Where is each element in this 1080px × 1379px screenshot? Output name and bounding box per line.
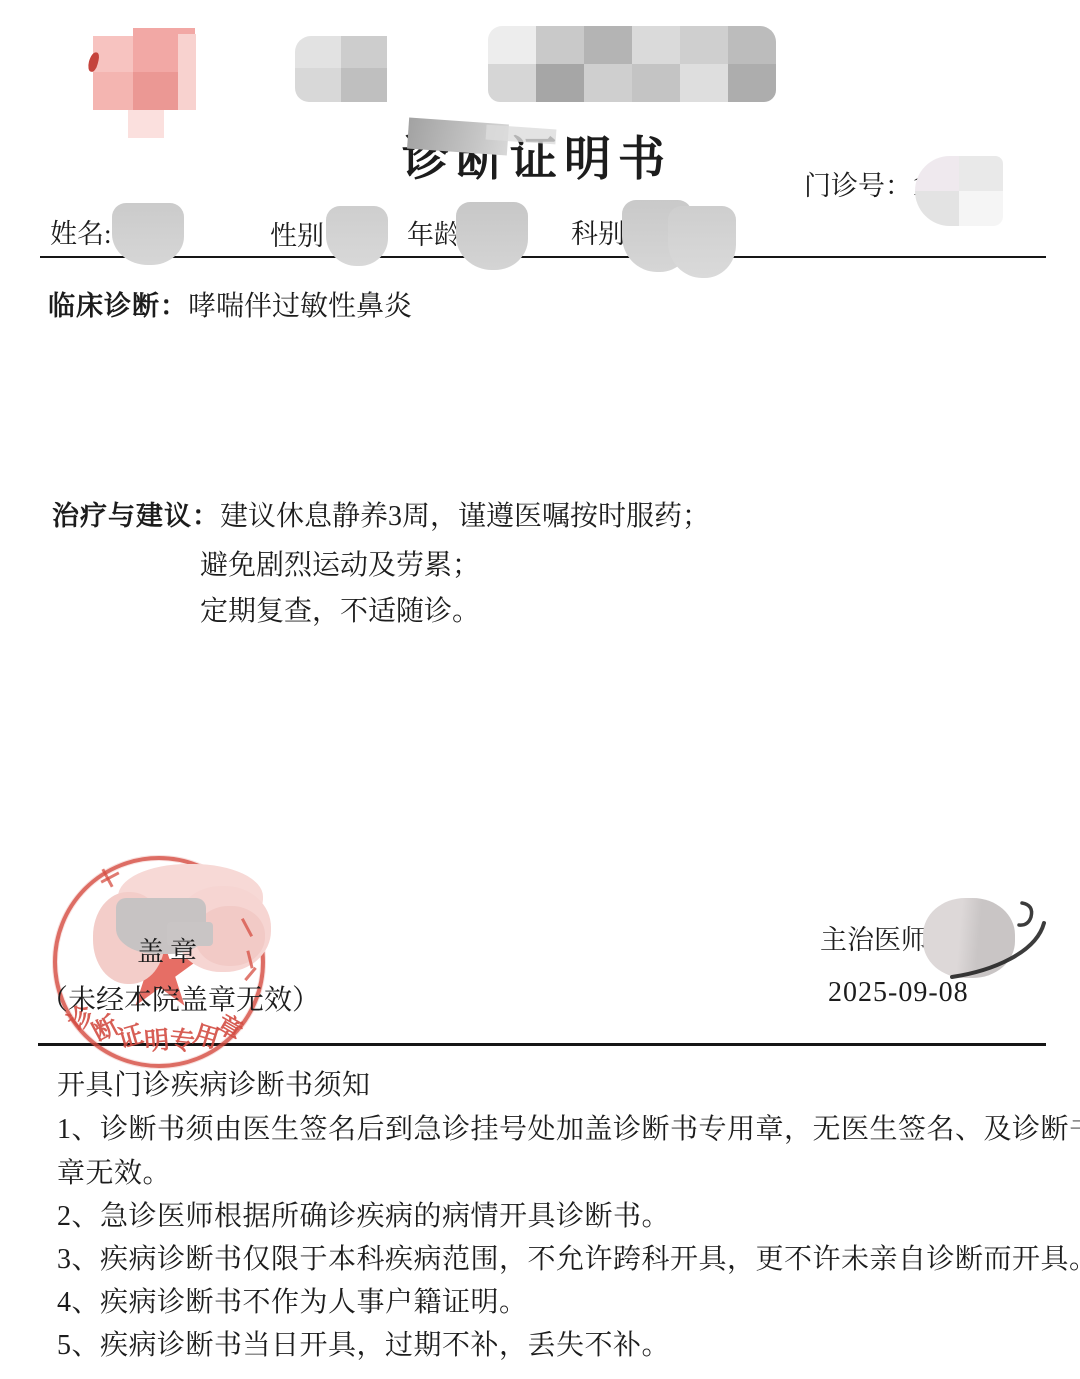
notice-item: 4、疾病诊断书不作为人事户籍证明。 [57,1280,528,1320]
redaction-pixel [341,36,387,68]
dept-label: 科别 [571,212,625,251]
redaction-pixel [584,26,632,64]
redaction-pixel [536,64,584,102]
name-label: 姓名: [50,212,112,251]
clinical-diagnosis-row: 临床诊断：哮喘伴过敏性鼻炎 [48,284,412,324]
redaction-pixel [488,64,536,102]
header-rule [40,256,1046,258]
redaction-pixel [728,26,776,64]
seal-invalid-note: （未经本院盖章无效） [40,978,320,1018]
clinical-diagnosis-label: 临床诊断： [48,291,188,321]
redaction-pixel [536,26,584,64]
notice-item: 5、疾病诊断书当日开具，过期不补，丢失不补。 [57,1323,670,1363]
gender-redaction [326,206,388,266]
dept-redaction [668,206,736,278]
name-redaction [112,203,184,265]
outpatient-number-redaction [915,156,1003,226]
treatment-row: 治疗与建议：建议休息静养3周，谨遵医嘱按时服药； [52,494,710,534]
redaction-pixel [680,26,728,64]
age-label: 年龄 [407,213,461,252]
redaction-pixel [584,64,632,102]
logo-pixel [93,72,133,110]
gender-label: 性别 [270,214,324,253]
stamp-here-text: 盖章 [137,930,203,969]
redaction-pixel [488,26,536,64]
treatment-line-2: 避免剧烈运动及劳累； [200,543,480,583]
redaction-pixel [295,36,341,68]
treatment-line-3: 定期复查，不适随诊。 [200,589,480,629]
notice-item: 3、疾病诊断书仅限于本科疾病范围，不允许跨科开具，更不许未亲自诊断而开具。 [57,1237,1080,1277]
signature-stroke [938,885,1058,995]
redaction-pixel [728,64,776,102]
redaction-pixel [341,68,387,102]
treatment-line-1: 建议休息静养3周，谨遵医嘱按时服药； [220,501,710,532]
redaction-pixel [295,68,341,102]
clinical-diagnosis-value: 哮喘伴过敏性鼻炎 [188,291,412,322]
treatment-label: 治疗与建议： [52,501,220,531]
logo-pixel [128,110,164,138]
logo-pixel [178,34,196,110]
redaction-pixel [680,64,728,102]
notice-item: 2、急诊医师根据所确诊疾病的病情开具诊断书。 [57,1194,670,1234]
notice-item: 1、诊断书须由医生签名后到急诊挂号处加盖诊断书专用章，无医生签名、及诊断书专用 [57,1107,1080,1147]
outpatient-number-label: 门诊号： [804,171,912,201]
diagnosis-certificate-page: 诊断证明书 门诊号：10 姓名: 性别 年龄 科别 临床诊断：哮喘伴过敏性鼻炎 … [0,0,1080,1379]
redaction-pixel [632,26,680,64]
age-redaction [456,202,528,270]
redaction-pixel [632,64,680,102]
notice-item: 章无效。 [57,1151,171,1191]
notice-heading: 开具门诊疾病诊断书须知 [57,1063,371,1103]
